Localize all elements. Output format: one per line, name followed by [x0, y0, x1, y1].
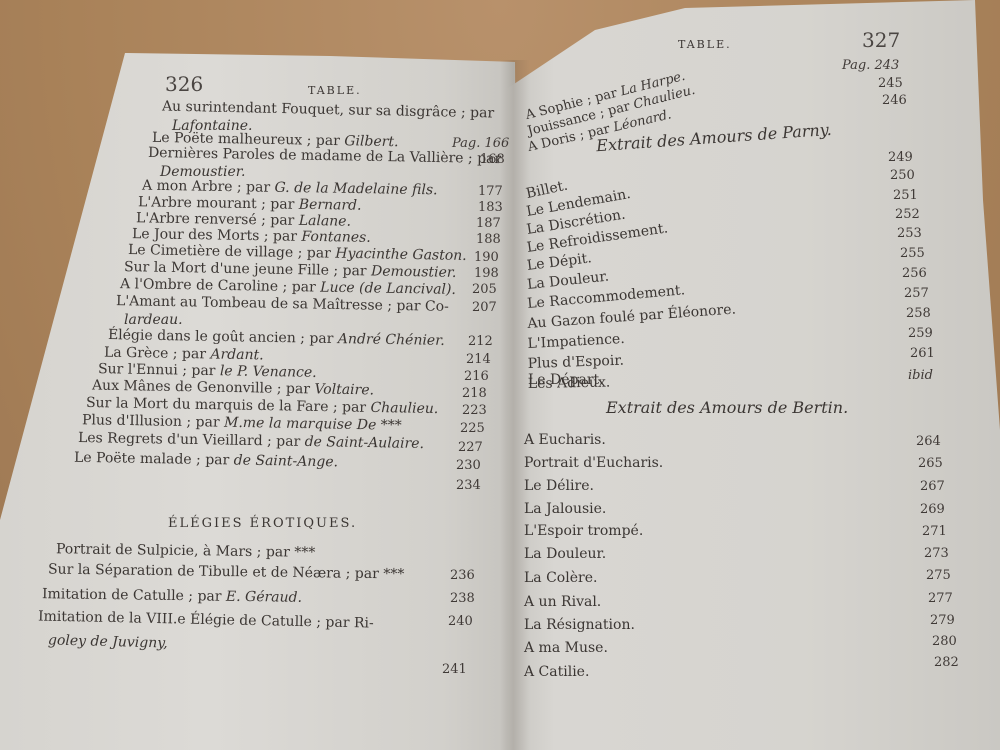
- entry-author: G. de la Madelaine fils.: [274, 180, 437, 199]
- entry-title: La Grèce ; par: [104, 345, 206, 363]
- entry-author: Voltaire.: [314, 381, 374, 398]
- entry-page: 205: [472, 282, 497, 297]
- entry-page: 269: [920, 502, 945, 517]
- section-heading: ÉLÉGIES ÉROTIQUES.: [168, 516, 357, 531]
- entry-page: 267: [920, 479, 945, 494]
- entry-page: 241: [442, 662, 467, 677]
- entry-author: de Saint-Ange.: [234, 452, 339, 470]
- entry-page: 249: [888, 150, 913, 165]
- toc-entry: A Catilie.: [524, 664, 589, 680]
- entry-author: Bernard.: [299, 197, 362, 214]
- entry-page: 218: [462, 386, 487, 401]
- toc-entry: Portrait d'Eucharis.: [524, 455, 663, 471]
- page-number: 327: [862, 28, 900, 52]
- entry-page: ibid: [908, 368, 933, 383]
- toc-entry: A Eucharis.: [524, 432, 606, 448]
- toc-entry: Plus d'Espoir.: [527, 353, 624, 372]
- entry-page: 245: [878, 76, 903, 91]
- entry-page: 259: [908, 326, 933, 341]
- entry-page: 261: [910, 346, 935, 361]
- entry-page: 279: [930, 613, 955, 628]
- running-header: TABLE.: [308, 84, 362, 97]
- entry-author: Luce (de Lancival).: [320, 280, 456, 298]
- entry-title: Plus d'Illusion ; par: [82, 412, 220, 430]
- entry-page: 264: [916, 434, 941, 449]
- entry-page: 236: [450, 568, 475, 583]
- entry-author: E. Géraud.: [226, 589, 302, 606]
- entry-page: 190: [474, 250, 499, 265]
- entry-page: 177: [478, 184, 503, 199]
- entry-page: 251: [893, 188, 918, 203]
- entry-page: 234: [456, 478, 481, 493]
- entry-author: goley de Juvigny,: [48, 632, 168, 651]
- entry-title: Imitation de Catulle ; par: [42, 586, 222, 605]
- toc-entry: La Jalousie.: [524, 501, 606, 517]
- section-heading-bertin: Extrait des Amours de Bertin.: [606, 398, 848, 417]
- entry-page: 271: [922, 524, 947, 539]
- entry-page: 257: [904, 286, 929, 301]
- entry-page: 253: [897, 226, 922, 241]
- entry-title: A l'Ombre de Caroline ; par: [120, 276, 316, 295]
- entry-page: 227: [458, 440, 483, 455]
- entry-page: 225: [460, 421, 485, 436]
- entry-page: 216: [464, 369, 489, 384]
- toc-entry: A ma Muse.: [524, 640, 608, 656]
- page-number: 326: [165, 72, 203, 96]
- entry-author: Lalane.: [299, 213, 351, 230]
- entry-author: André Chénier.: [338, 331, 445, 349]
- toc-entry: La Douleur.: [524, 546, 606, 562]
- running-header: TABLE.: [678, 38, 732, 51]
- entry-page: Pag. 243: [842, 58, 899, 73]
- entry-title: Sur l'Ennui ; par: [98, 361, 216, 379]
- toc-entry: La Grèce ; par Ardant.: [104, 345, 264, 364]
- entry-author: M.me la marquise De ***: [224, 415, 402, 434]
- entry-page: 187: [476, 216, 501, 231]
- toc-entry: A un Rival.: [524, 594, 601, 610]
- entry-page: 246: [882, 93, 907, 108]
- entry-page: 223: [462, 403, 487, 418]
- entry-author: Ardant.: [210, 346, 263, 363]
- entry-title: Le Poëte malade ; par: [74, 450, 230, 469]
- entry-author: lardeau.: [124, 312, 183, 328]
- toc-entry: La Résignation.: [524, 617, 635, 633]
- entry-author: le P. Venance.: [220, 363, 317, 381]
- entry-page: 212: [468, 334, 493, 349]
- entry-page: 282: [934, 655, 959, 670]
- entry-author: de Saint-Aulaire.: [305, 434, 425, 452]
- entry-page: 277: [928, 591, 953, 606]
- entry-page: 198: [474, 266, 499, 281]
- toc-entry: Le Délire.: [524, 478, 594, 494]
- toc-entry: L'Espoir trompé.: [524, 523, 643, 539]
- entry-page: 188: [476, 232, 501, 247]
- toc-entry: La Colère.: [524, 570, 597, 586]
- entry-page: 280: [932, 634, 957, 649]
- entry-page: 207: [472, 300, 497, 315]
- entry-author: Chaulieu.: [370, 400, 438, 417]
- entry-author: Demoustier.: [371, 263, 457, 280]
- entry-page: 250: [890, 168, 915, 183]
- entry-title: A mon Arbre ; par: [142, 178, 270, 196]
- entry-page: 256: [902, 266, 927, 281]
- entry-page: 168: [480, 152, 505, 167]
- entry-page: 183: [478, 200, 503, 215]
- entry-page: 238: [450, 591, 475, 606]
- entry-page: 265: [918, 456, 943, 471]
- entry-author: Fontanes.: [301, 229, 371, 246]
- entry-page: 240: [448, 614, 473, 629]
- entry-author: Hyacinthe Gaston.: [335, 246, 467, 264]
- entry-page: Pag. 166: [452, 136, 509, 151]
- entry-page: 214: [466, 352, 491, 367]
- entry-page: 258: [906, 306, 931, 321]
- entry-page: 275: [926, 568, 951, 583]
- entry-page: 230: [456, 458, 481, 473]
- entry-page: 273: [924, 546, 949, 561]
- toc-entry: Le Départ.: [528, 372, 604, 388]
- entry-page: 252: [895, 207, 920, 222]
- entry-page: 255: [900, 246, 925, 261]
